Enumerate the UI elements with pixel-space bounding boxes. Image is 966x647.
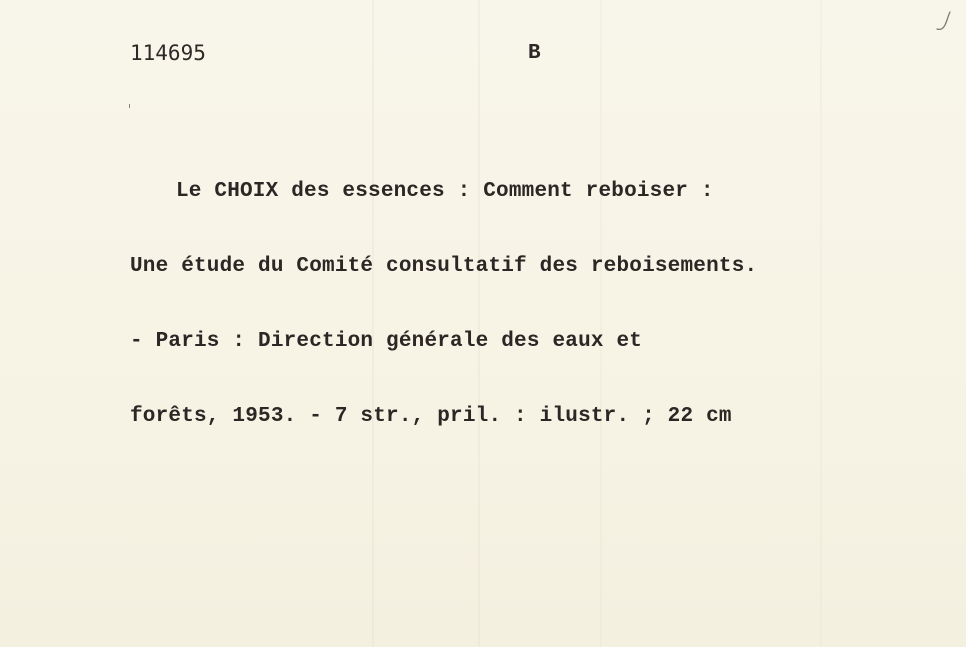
entry-line-publisher: - Paris : Direction générale des eaux et — [130, 329, 757, 354]
catalog-card: 114695 B Le CHOIX des essences : Comment… — [0, 0, 966, 647]
paper-speck — [129, 104, 130, 108]
entry-line-title: Le CHOIX des essences : Comment reboiser… — [130, 179, 757, 204]
pencil-tick-mark-icon — [935, 10, 953, 32]
entry-line-physical-description: forêts, 1953. - 7 str., pril. : ilustr. … — [130, 404, 757, 429]
bibliographic-entry: Le CHOIX des essences : Comment reboiser… — [130, 129, 757, 479]
entry-line-subtitle: Une étude du Comité consultatif des rebo… — [130, 254, 757, 279]
call-number: 114695 — [130, 41, 206, 65]
location-code: B — [528, 42, 541, 65]
